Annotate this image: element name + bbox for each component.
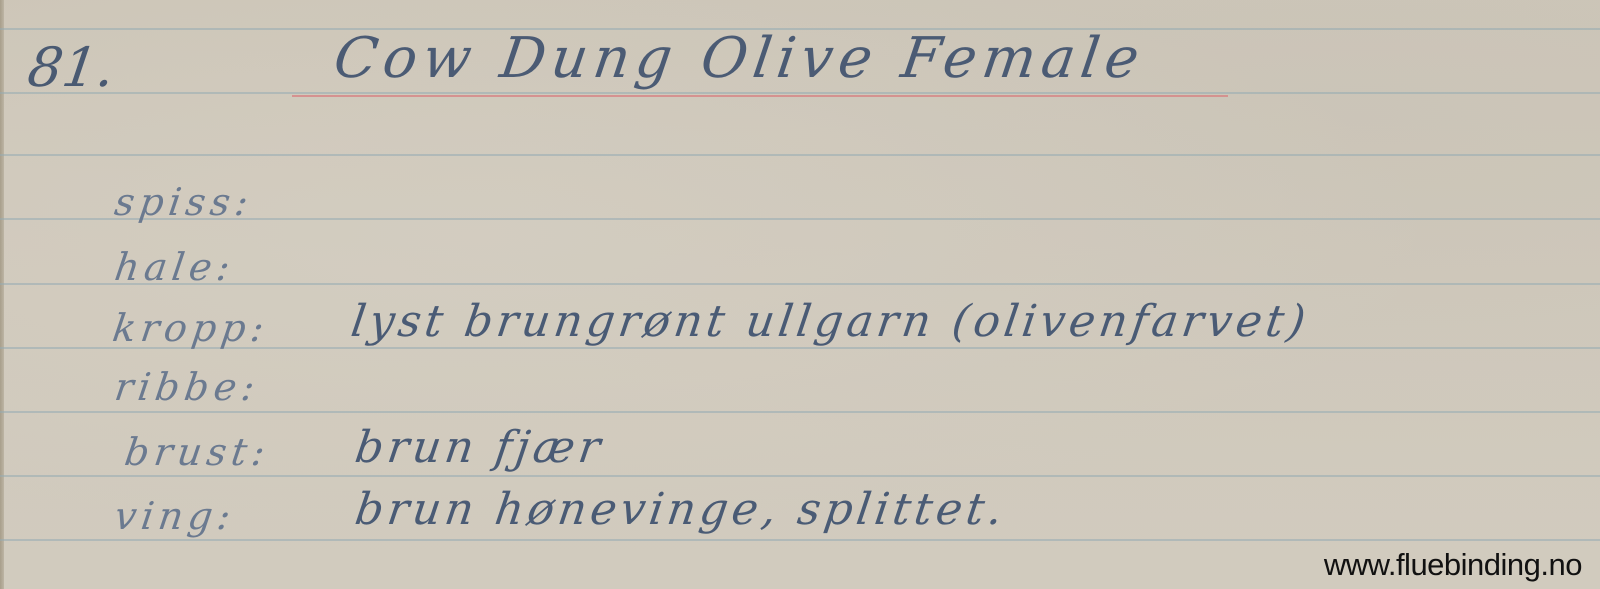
field-label-brust: brust: — [122, 430, 273, 474]
field-value-brust: brun fjær — [352, 422, 607, 473]
website-watermark: www.fluebinding.no — [1324, 547, 1582, 583]
ruled-line — [0, 92, 1600, 94]
field-label-ribbe: ribbe: — [112, 365, 262, 409]
field-label-hale: hale: — [112, 245, 238, 289]
ruled-line — [0, 475, 1600, 477]
title-underline — [292, 95, 1228, 97]
page-binding-edge — [0, 0, 4, 589]
ruled-line — [0, 411, 1600, 413]
ruled-line — [0, 539, 1600, 541]
field-label-ving: ving: — [112, 494, 238, 538]
ruled-line — [0, 154, 1600, 156]
field-value-kropp: lyst brungrønt ullgarn (olivenfarvet) — [348, 296, 1312, 347]
field-label-kropp: kropp: — [110, 306, 272, 350]
entry-title: Cow Dung Olive Female — [330, 26, 1149, 91]
field-value-ving: brun hønevinge, splittet. — [352, 484, 1010, 535]
entry-number: 81. — [24, 36, 119, 99]
ruled-line — [0, 283, 1600, 285]
notebook-page: 81. Cow Dung Olive Female spiss: hale: k… — [0, 0, 1600, 589]
field-label-spiss: spiss: — [112, 180, 256, 224]
